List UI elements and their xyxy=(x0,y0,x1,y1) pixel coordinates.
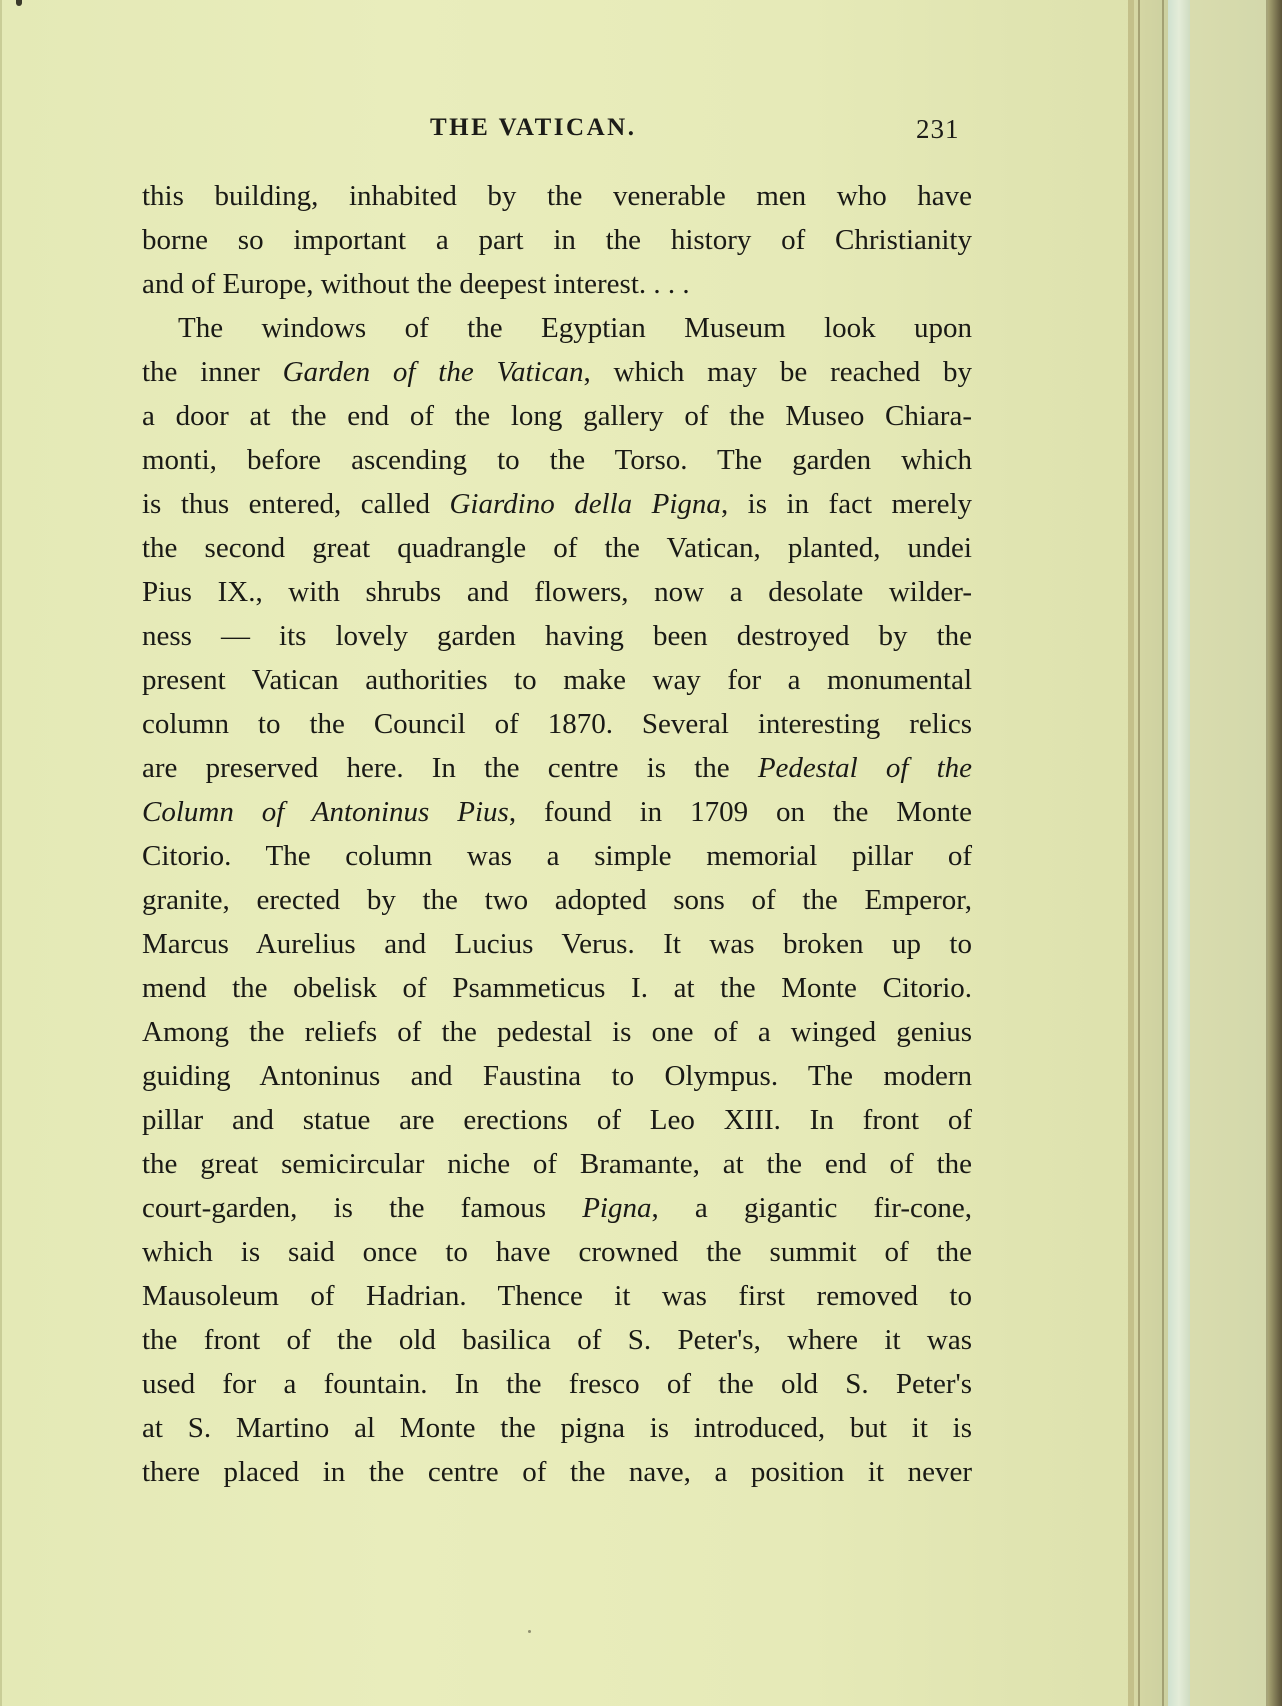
text-run: used for a fountain. In the fresco of th… xyxy=(142,1368,972,1400)
text-run: , which may be reached by xyxy=(583,356,972,388)
text-run: the front of the old basilica of S. Pete… xyxy=(142,1324,972,1356)
text-line: the great semicircular niche of Bramante… xyxy=(142,1142,972,1186)
italic-phrase: Pedestal of the xyxy=(758,752,972,784)
text-run: there placed in the centre of the nave, … xyxy=(142,1456,972,1488)
text-run: Marcus Aurelius and Lucius Verus. It was… xyxy=(142,928,972,960)
text-run: pillar and statue are erections of Leo X… xyxy=(142,1104,972,1136)
page-stack-highlight xyxy=(1168,0,1190,1706)
text-line: pillar and statue are erections of Leo X… xyxy=(142,1098,972,1142)
text-line: Citorio. The column was a simple memoria… xyxy=(142,834,972,878)
text-run: Mausoleum of Hadrian. Thence it was firs… xyxy=(142,1280,972,1312)
text-run: ness — its lovely garden having been des… xyxy=(142,620,972,652)
book-page: THE VATICAN. 231 this building, inhabite… xyxy=(0,0,1142,1706)
text-run: The windows of the Egyptian Museum look … xyxy=(178,312,972,344)
text-line: a door at the end of the long gallery of… xyxy=(142,394,972,438)
text-run: and of Europe, without the deepest inter… xyxy=(142,268,690,300)
text-line: column to the Council of 1870. Several i… xyxy=(142,702,972,746)
text-line: Mausoleum of Hadrian. Thence it was firs… xyxy=(142,1274,972,1318)
text-line: this building, inhabited by the venerabl… xyxy=(142,174,972,218)
text-run: a door at the end of the long gallery of… xyxy=(142,400,972,432)
text-line: and of Europe, without the deepest inter… xyxy=(142,262,972,306)
text-line: guiding Antoninus and Faustina to Olympu… xyxy=(142,1054,972,1098)
running-head: THE VATICAN. xyxy=(430,114,636,142)
text-run: the second great quadrangle of the Vatic… xyxy=(142,532,972,564)
text-line: the second great quadrangle of the Vatic… xyxy=(142,526,972,570)
text-line: which is said once to have crowned the s… xyxy=(142,1230,972,1274)
text-line: the inner Garden of the Vatican, which m… xyxy=(142,350,972,394)
text-line: court-garden, is the famous Pigna, a gig… xyxy=(142,1186,972,1230)
text-line: Marcus Aurelius and Lucius Verus. It was… xyxy=(142,922,972,966)
text-line: is thus entered, called Giardino della P… xyxy=(142,482,972,526)
text-run: guiding Antoninus and Faustina to Olympu… xyxy=(142,1060,972,1092)
italic-phrase: Column of Antoninus Pius xyxy=(142,796,509,828)
page-edge-line xyxy=(1162,0,1164,1706)
text-line: borne so important a part in the history… xyxy=(142,218,972,262)
text-run: granite, erected by the two adopted sons… xyxy=(142,884,972,916)
text-line: mend the obelisk of Psammeticus I. at th… xyxy=(142,966,972,1010)
text-run: present Vatican authorities to make way … xyxy=(142,664,972,696)
text-line: the front of the old basilica of S. Pete… xyxy=(142,1318,972,1362)
text-run: the inner xyxy=(142,356,283,388)
paper-speck xyxy=(528,1630,531,1633)
text-line: used for a fountain. In the fresco of th… xyxy=(142,1362,972,1406)
page-edge-line xyxy=(1138,0,1140,1706)
text-run: are preserved here. In the centre is the xyxy=(142,752,758,784)
text-line: Among the reliefs of the pedestal is one… xyxy=(142,1010,972,1054)
text-line: granite, erected by the two adopted sons… xyxy=(142,878,972,922)
text-run: , a gigantic fir-cone, xyxy=(652,1192,973,1224)
text-run: Among the reliefs of the pedestal is one… xyxy=(142,1016,972,1048)
text-line: The windows of the Egyptian Museum look … xyxy=(142,306,972,350)
text-run: borne so important a part in the history… xyxy=(142,224,972,256)
italic-phrase: Pigna xyxy=(582,1192,651,1224)
text-run: Pius IX., with shrubs and flowers, now a… xyxy=(142,576,972,608)
page-edge-line xyxy=(1266,0,1268,1706)
text-run: court-garden, is the famous xyxy=(142,1192,582,1224)
text-run: this building, inhabited by the venerabl… xyxy=(142,180,972,212)
page-number: 231 xyxy=(916,114,960,145)
text-run: , is in fact merely xyxy=(721,488,972,520)
italic-phrase: Garden of the Vatican xyxy=(283,356,584,388)
italic-phrase: Giardino della Pigna xyxy=(449,488,721,520)
text-run: Citorio. The column was a simple memoria… xyxy=(142,840,972,872)
text-line: there placed in the centre of the nave, … xyxy=(142,1450,972,1494)
text-run: is thus entered, called xyxy=(142,488,449,520)
text-line: Pius IX., with shrubs and flowers, now a… xyxy=(142,570,972,614)
page-corner-mark xyxy=(16,0,22,6)
text-line: monti, before ascending to the Torso. Th… xyxy=(142,438,972,482)
text-line: present Vatican authorities to make way … xyxy=(142,658,972,702)
page-stack-edge xyxy=(1190,0,1268,1706)
text-run: which is said once to have crowned the s… xyxy=(142,1236,972,1268)
text-run: mend the obelisk of Psammeticus I. at th… xyxy=(142,972,972,1004)
book-cover-edge xyxy=(1268,0,1282,1706)
text-line: are preserved here. In the centre is the… xyxy=(142,746,972,790)
text-run: the great semicircular niche of Bramante… xyxy=(142,1148,972,1180)
body-text: this building, inhabited by the venerabl… xyxy=(142,174,972,1494)
text-run: , found in 1709 on the Monte xyxy=(509,796,972,828)
text-run: monti, before ascending to the Torso. Th… xyxy=(142,444,972,476)
text-line: Column of Antoninus Pius, found in 1709 … xyxy=(142,790,972,834)
text-line: at S. Martino al Monte the pigna is intr… xyxy=(142,1406,972,1450)
text-line: ness — its lovely garden having been des… xyxy=(142,614,972,658)
text-run: at S. Martino al Monte the pigna is intr… xyxy=(142,1412,972,1444)
text-run: column to the Council of 1870. Several i… xyxy=(142,708,972,740)
